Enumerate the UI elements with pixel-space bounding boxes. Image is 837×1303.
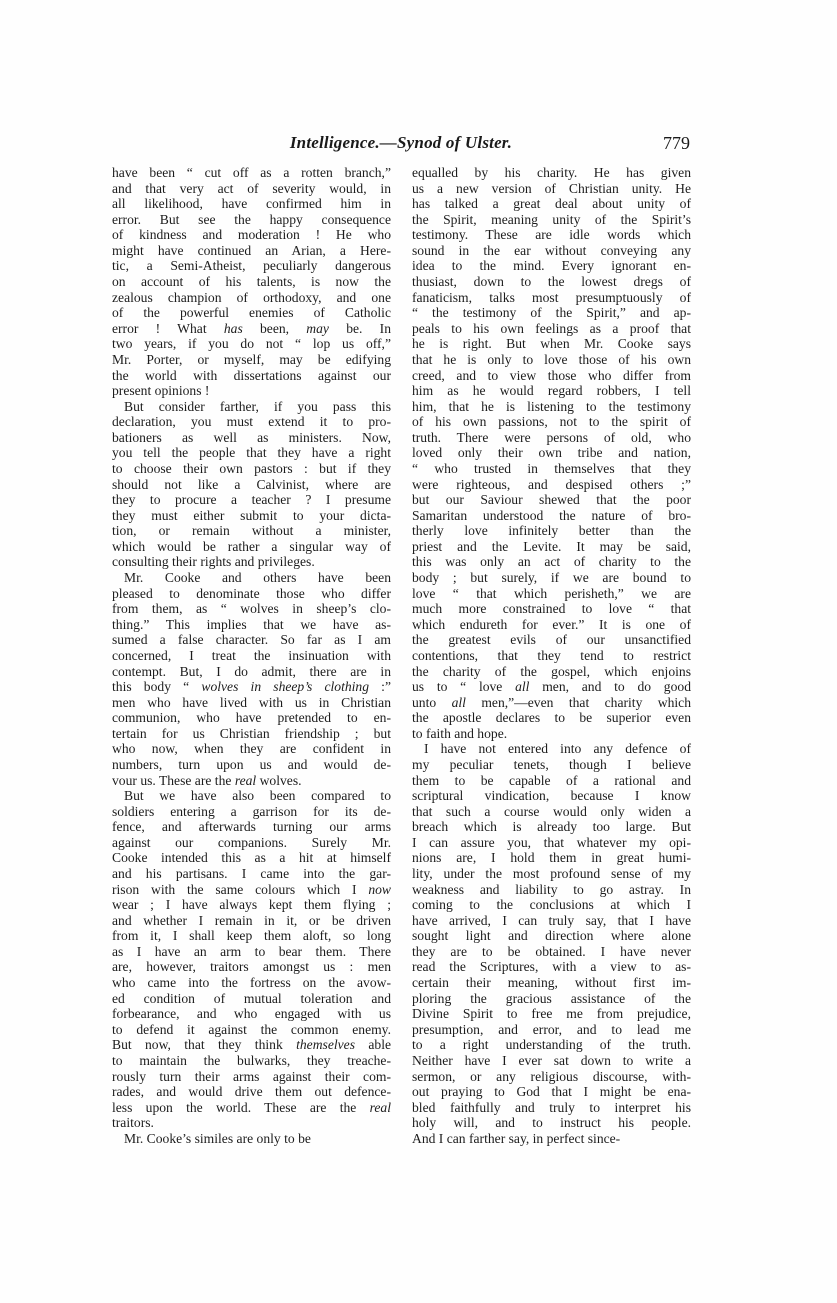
text-line: contempt. But, I do admit, there are in xyxy=(112,664,391,680)
italic-emphasis: may xyxy=(306,321,329,336)
text-line: certain their meaning, without first im- xyxy=(412,975,691,991)
text-line: numbers, turn upon us and would de- xyxy=(112,757,391,773)
text-line: error. But see the happy consequence xyxy=(112,212,391,228)
text-line: should not like a Calvinist, where are xyxy=(112,477,391,493)
text-line: zealous champion of orthodoxy, and one xyxy=(112,290,391,306)
text-line: of the powerful enemies of Catholic xyxy=(112,305,391,321)
paragraph: have been “ cut off as a rotten branch,”… xyxy=(112,165,391,399)
text-line: him, that he is listening to the testimo… xyxy=(412,399,691,415)
page-number: 779 xyxy=(663,133,690,154)
text-line: communion, who have pretended to en- xyxy=(112,710,391,726)
text-line: error ! What has been, may be. In xyxy=(112,321,391,337)
text-line: were righteous, and despised others ;” xyxy=(412,477,691,493)
text-line: he is right. But when Mr. Cooke says xyxy=(412,336,691,352)
text-line: fanaticism, talks most presumptuously of xyxy=(412,290,691,306)
text-line: forbearance, and who engaged with us xyxy=(112,1006,391,1022)
text-line: testimony. These are idle words which xyxy=(412,227,691,243)
text-line: which would be rather a singular way of xyxy=(112,539,391,555)
text-line: bled faithfully and truly to interpret h… xyxy=(412,1100,691,1116)
text-line: of his own passions, not to the spirit o… xyxy=(412,414,691,430)
text-line: from it, I shall keep them aloft, so lon… xyxy=(112,928,391,944)
text-line: idea to the mind. Every ignorant en- xyxy=(412,258,691,274)
italic-emphasis: has xyxy=(224,321,243,336)
text-line: weakness and liability to go astray. In xyxy=(412,882,691,898)
text-line: that he is only to love those of his own xyxy=(412,352,691,368)
text-line: concerned, I treat the insinuation with xyxy=(112,648,391,664)
paragraph: But consider farther, if you pass thisde… xyxy=(112,399,391,570)
paragraph: But we have also been compared tosoldier… xyxy=(112,788,391,1131)
text-line: Samaritan understood the nature of bro- xyxy=(412,508,691,524)
text-line: loved only their own tribe and nation, xyxy=(412,445,691,461)
text-line: men who have lived with us in Christian xyxy=(112,695,391,711)
text-line: they must either submit to your dicta- xyxy=(112,508,391,524)
text-line: who now, when they are confident in xyxy=(112,741,391,757)
text-line: ploring the gracious assistance of the xyxy=(412,991,691,1007)
text-line: him as he would regard robbers, I tell xyxy=(412,383,691,399)
text-line: I can assure you, that whatever my opi- xyxy=(412,835,691,851)
text-line: all likelihood, have confirmed him in xyxy=(112,196,391,212)
text-line: as I have an arm to bear them. There xyxy=(112,944,391,960)
text-line: peals to his own feelings as a proof tha… xyxy=(412,321,691,337)
text-line: to faith and hope. xyxy=(412,726,691,742)
text-line: they to procure a teacher ? I presume xyxy=(112,492,391,508)
text-line: creed, and to view those who differ from xyxy=(412,368,691,384)
text-line: us to “ love all men, and to do good xyxy=(412,679,691,695)
italic-emphasis: real xyxy=(370,1100,391,1115)
text-line: the world with dissertations against our xyxy=(112,368,391,384)
text-line: “ who trusted in themselves that they xyxy=(412,461,691,477)
text-line: therly love infinitely better than the xyxy=(412,523,691,539)
text-line: much more constrained to love “ that xyxy=(412,601,691,617)
text-line: and his partisans. I came into the gar- xyxy=(112,866,391,882)
italic-emphasis: all xyxy=(515,679,529,694)
text-line: of kindness and moderation ! He who xyxy=(112,227,391,243)
text-line: thusiast, down to the lowest dregs of xyxy=(412,274,691,290)
text-line: out praying to God that I might be ena- xyxy=(412,1084,691,1100)
text-line: the Spirit, meaning unity of the Spirit’… xyxy=(412,212,691,228)
text-line: this was only an act of charity to the xyxy=(412,554,691,570)
text-line: unto all men,”—even that charity which xyxy=(412,695,691,711)
text-line: ed condition of mutual toleration and xyxy=(112,991,391,1007)
text-line: rades, and would drive them out defence- xyxy=(112,1084,391,1100)
text-line: have arrived, I can truly say, that I ha… xyxy=(412,913,691,929)
text-line: to maintain the bulwarks, they treache- xyxy=(112,1053,391,1069)
text-line: tion, or remain without a minister, xyxy=(112,523,391,539)
text-line: Mr. Cooke and others have been xyxy=(112,570,391,586)
text-line: I have not entered into any defence of xyxy=(412,741,691,757)
text-line: traitors. xyxy=(112,1115,391,1131)
text-line: breach which is already too large. But xyxy=(412,819,691,835)
text-line: which endureth for ever.” It is one of xyxy=(412,617,691,633)
text-line: to defend it against the common enemy. xyxy=(112,1022,391,1038)
italic-emphasis: now xyxy=(368,882,391,897)
left-column: have been “ cut off as a rotten branch,”… xyxy=(112,165,391,1146)
text-line: nions are, I hold them in great humi- xyxy=(412,850,691,866)
text-line: bationers as well as ministers. Now, xyxy=(112,430,391,446)
italic-emphasis: real xyxy=(235,773,256,788)
paragraph: Mr. Cooke and others have beenpleased to… xyxy=(112,570,391,788)
text-line: have been “ cut off as a rotten branch,” xyxy=(112,165,391,181)
text-line: thing.” This implies that we have as- xyxy=(112,617,391,633)
text-line: and whether I remain in it, or be driven xyxy=(112,913,391,929)
text-line: the greatest evils of our unsanctified xyxy=(412,632,691,648)
text-line: less upon the world. These are the real xyxy=(112,1100,391,1116)
text-line: consulting their rights and privileges. xyxy=(112,554,391,570)
text-line: to choose their own pastors : but if the… xyxy=(112,461,391,477)
text-line: “ the testimony of the Spirit,” and ap- xyxy=(412,305,691,321)
text-line: and that very act of severity would, in xyxy=(112,181,391,197)
text-line: But we have also been compared to xyxy=(112,788,391,804)
text-line: are, however, traitors amongst us : men xyxy=(112,959,391,975)
text-line: might have continued an Arian, a Here- xyxy=(112,243,391,259)
text-line: us a new version of Christian unity. He xyxy=(412,181,691,197)
text-line: read the Scriptures, with a view to as- xyxy=(412,959,691,975)
text-line: them to be capable of a rational and xyxy=(412,773,691,789)
text-line: And I can farther say, in perfect since- xyxy=(412,1131,691,1147)
text-line: they are to be obtained. I have never xyxy=(412,944,691,960)
italic-emphasis: themselves xyxy=(296,1037,355,1052)
text-line: this body “ wolves in sheep’s clothing :… xyxy=(112,679,391,695)
text-line: holy will, and to instruct his people. xyxy=(412,1115,691,1131)
text-line: contentions, that they tend to restrict xyxy=(412,648,691,664)
text-line: vour us. These are the real wolves. xyxy=(112,773,391,789)
text-line: wear ; I have always kept them flying ; xyxy=(112,897,391,913)
text-line: priest and the Levite. It may be said, xyxy=(412,539,691,555)
text-line: has talked a great deal about unity of xyxy=(412,196,691,212)
text-line: Cooke intended this as a hit at himself xyxy=(112,850,391,866)
italic-emphasis: wolves in sheep’s clothing xyxy=(201,679,369,694)
text-line: from them, as “ wolves in sheep’s clo- xyxy=(112,601,391,617)
text-line: truth. There were persons of old, who xyxy=(412,430,691,446)
text-line: the charity of the gospel, which enjoins xyxy=(412,664,691,680)
text-line: love “ that which perisheth,” we are xyxy=(412,586,691,602)
paragraph: Mr. Cooke’s similes are only to be xyxy=(112,1131,391,1147)
text-line: you tell the people that they have a rig… xyxy=(112,445,391,461)
running-title: Intelligence.—Synod of Ulster. xyxy=(112,133,690,153)
text-line: my peculiar tenets, though I believe xyxy=(412,757,691,773)
book-page: Intelligence.—Synod of Ulster. 779 have … xyxy=(0,0,837,1303)
text-line: coming to the conclusions at which I xyxy=(412,897,691,913)
text-line: fence, and afterwards turning our arms xyxy=(112,819,391,835)
text-line: body ; but surely, if we are bound to xyxy=(412,570,691,586)
text-line: scriptural vindication, because I know xyxy=(412,788,691,804)
text-line: against our companions. Surely Mr. xyxy=(112,835,391,851)
text-line: who came into the fortress on the avow- xyxy=(112,975,391,991)
text-line: on account of his talents, is now the xyxy=(112,274,391,290)
italic-emphasis: all xyxy=(452,695,466,710)
text-line: But now, that they think themselves able xyxy=(112,1037,391,1053)
text-line: Neither have I ever sat down to write a xyxy=(412,1053,691,1069)
text-line: present opinions ! xyxy=(112,383,391,399)
text-line: sermon, or any religious discourse, with… xyxy=(412,1069,691,1085)
text-line: But consider farther, if you pass this xyxy=(112,399,391,415)
text-line: tic, a Semi-Atheist, peculiarly dangerou… xyxy=(112,258,391,274)
text-line: Mr. Cooke’s similes are only to be xyxy=(112,1131,391,1147)
text-line: sumed a false character. So far as I am xyxy=(112,632,391,648)
text-line: rously turn their arms against their com… xyxy=(112,1069,391,1085)
paragraph: equalled by his charity. He has givenus … xyxy=(412,165,691,741)
text-line: to a right understanding of the truth. xyxy=(412,1037,691,1053)
text-line: sought light and direction where alone xyxy=(412,928,691,944)
text-line: presumption, and error, and to lead me xyxy=(412,1022,691,1038)
text-line: sound in the ear without conveying any xyxy=(412,243,691,259)
text-line: soldiers entering a garrison for its de- xyxy=(112,804,391,820)
text-line: the apostle declares to be superior even xyxy=(412,710,691,726)
running-head: Intelligence.—Synod of Ulster. 779 xyxy=(112,133,690,155)
text-line: that such a course would only widen a xyxy=(412,804,691,820)
text-line: but our Saviour shewed that the poor xyxy=(412,492,691,508)
text-line: rison with the same colours which I now xyxy=(112,882,391,898)
text-line: two years, if you do not “ lop us off,” xyxy=(112,336,391,352)
text-line: equalled by his charity. He has given xyxy=(412,165,691,181)
paragraph: I have not entered into any defence ofmy… xyxy=(412,741,691,1146)
text-line: Mr. Porter, or myself, may be edifying xyxy=(112,352,391,368)
text-line: lity, under the most profound sense of m… xyxy=(412,866,691,882)
text-line: tertain for us Christian friendship ; bu… xyxy=(112,726,391,742)
text-line: declaration, you must extend it to pro- xyxy=(112,414,391,430)
right-column: equalled by his charity. He has givenus … xyxy=(412,165,691,1146)
text-line: Divine Spirit to free me from prejudice, xyxy=(412,1006,691,1022)
text-line: pleased to denominate those who differ xyxy=(112,586,391,602)
